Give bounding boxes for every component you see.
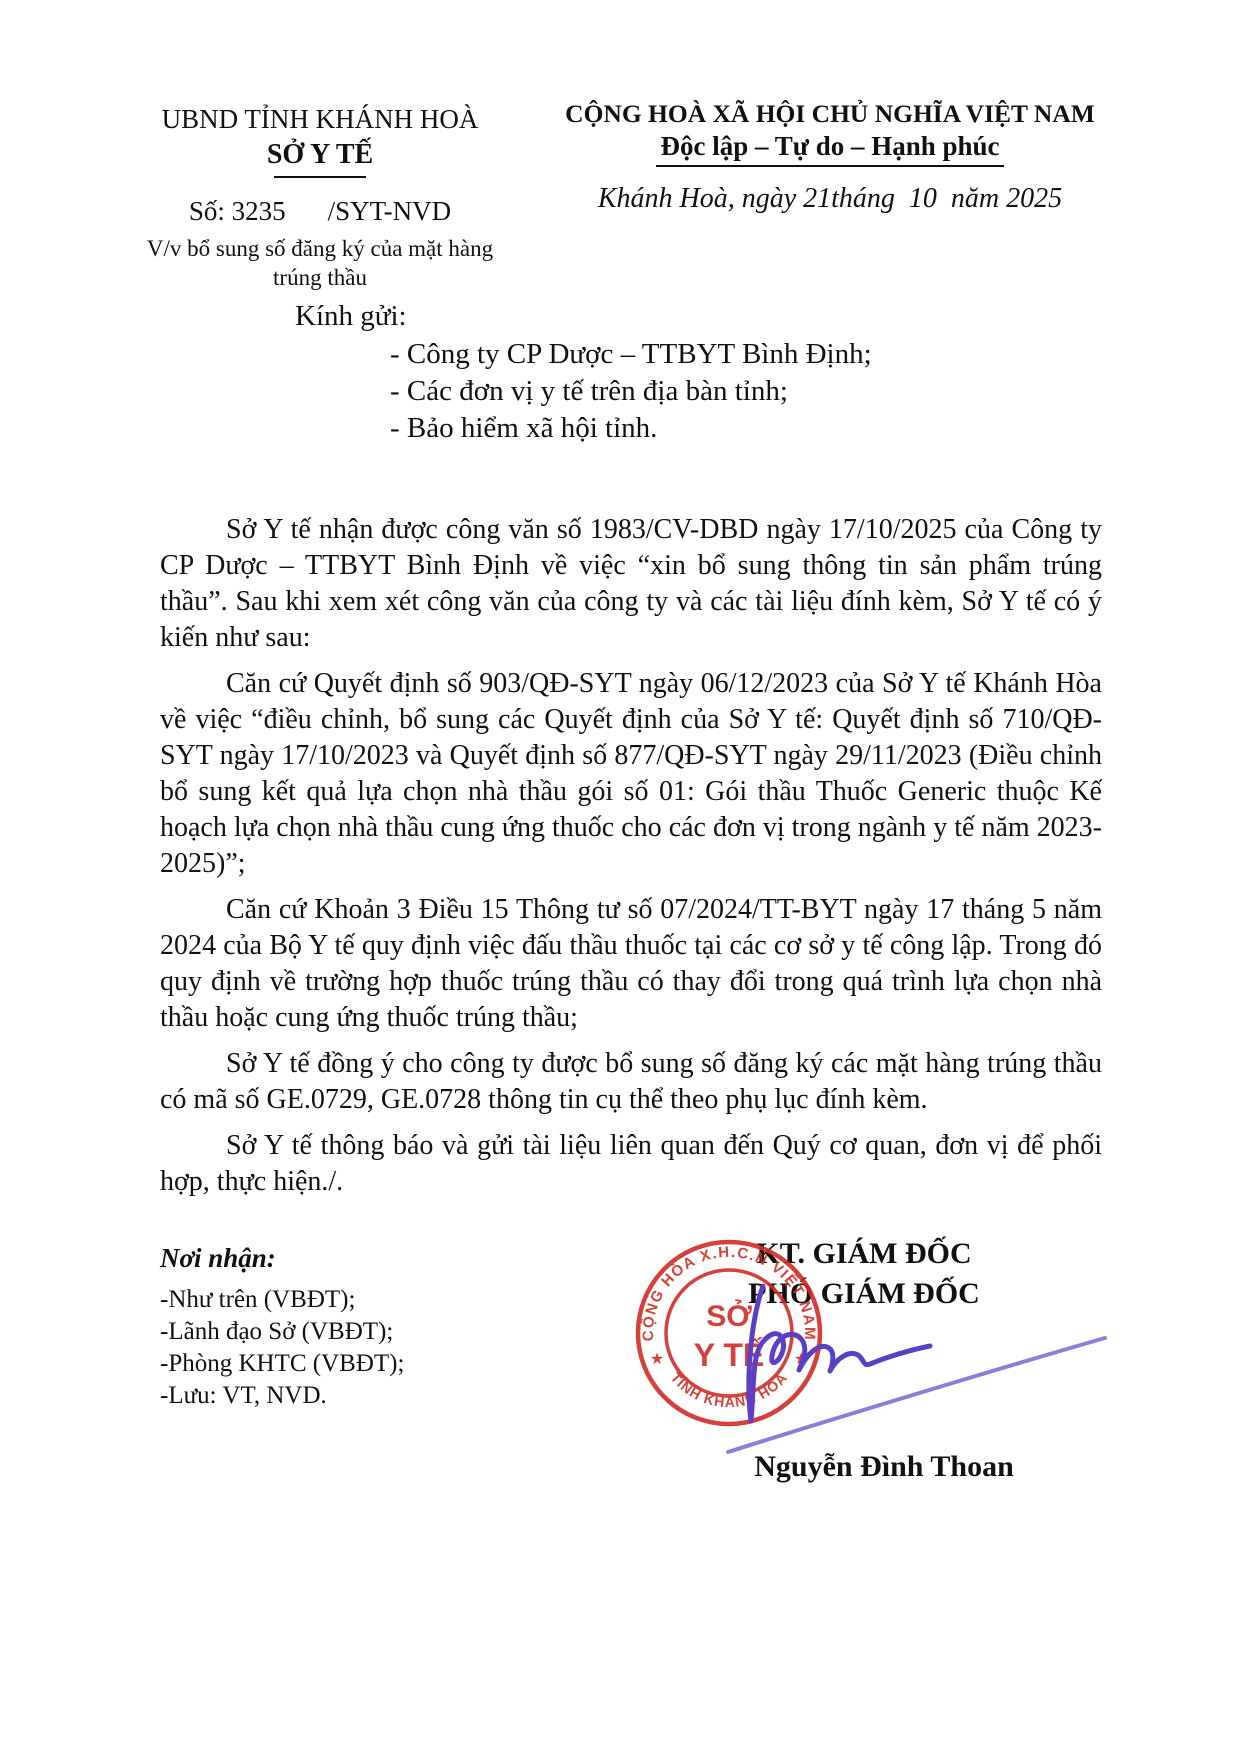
letter-body: Sở Y tế nhận được công văn số 1983/CV-DB… [160,512,1102,1210]
org-name: SỞ Y TẾ [140,138,500,172]
distribution-label: Nơi nhận: [160,1243,404,1274]
doc-subject-line1: V/v bổ sung số đăng ký của mặt hàng [140,234,500,263]
doc-number-value: 3235 [232,196,286,226]
handwritten-signature-icon [728,1286,1105,1452]
distribution-block: Nơi nhận: -Như trên (VBĐT); -Lãnh đạo Sở… [160,1243,404,1412]
recipient-item: - Công ty CP Dược – TTBYT Bình Định; [390,336,872,373]
header-national: CỘNG HOÀ XÃ HỘI CHỦ NGHĨA VIỆT NAM Độc l… [540,98,1120,215]
motto-line: Độc lập – Tự do – Hạnh phúc [656,130,1003,167]
distribution-item: -Như trên (VBĐT); [160,1284,404,1316]
doc-subject-line2: trúng thầu [140,263,500,292]
body-paragraph: Sở Y tế thông báo và gửi tài liệu liên q… [160,1128,1102,1200]
org-parent: UBND TỈNH KHÁNH HOÀ [140,102,500,136]
doc-number-label: Số: [189,196,225,226]
distribution-item: -Lãnh đạo Sở (VBĐT); [160,1316,404,1348]
date-line: Khánh Hoà, ngày 21tháng 10 năm 2025 [540,183,1120,215]
org-underline [274,176,366,178]
official-letter-page: UBND TỈNH KHÁNH HOÀ SỞ Y TẾ Số: 3235/SYT… [0,0,1241,1755]
salutation-label: Kính gửi: [295,300,407,333]
signature-block: KT. GIÁM ĐỐC PHÓ GIÁM ĐỐC CỘNG HÒA X.H.C… [600,1228,1180,1518]
doc-subject: V/v bổ sung số đăng ký của mặt hàng trún… [140,234,500,292]
distribution-item: -Phòng KHTC (VBĐT); [160,1348,404,1380]
svg-text:TỈNH KHÁNH HÒA: TỈNH KHÁNH HÒA [668,1369,791,1410]
body-paragraph: Căn cứ Quyết định số 903/QĐ-SYT ngày 06/… [160,666,1102,882]
body-paragraph: Sở Y tế đồng ý cho công ty được bổ sung … [160,1046,1102,1118]
signer-name: Nguyễn Đình Thoan [664,1450,1104,1484]
distribution-item: -Lưu: VT, NVD. [160,1380,404,1412]
stamp-arc-bottom-text: TỈNH KHÁNH HÒA [668,1369,791,1410]
body-paragraph: Căn cứ Khoản 3 Điều 15 Thông tư số 07/20… [160,892,1102,1036]
header-issuing-org: UBND TỈNH KHÁNH HOÀ SỞ Y TẾ Số: 3235/SYT… [140,102,500,292]
stamp-star-left-icon: ★ [650,1351,664,1368]
distribution-list: -Như trên (VBĐT); -Lãnh đạo Sở (VBĐT); -… [160,1284,404,1412]
stamp-center-line1: SỞ [706,1299,752,1333]
recipient-list: - Công ty CP Dược – TTBYT Bình Định; - C… [390,336,872,447]
recipient-item: - Bảo hiểm xã hội tỉnh. [390,410,872,447]
nation-line: CỘNG HOÀ XÃ HỘI CHỦ NGHĨA VIỆT NAM [540,98,1120,130]
body-paragraph: Sở Y tế nhận được công văn số 1983/CV-DB… [160,512,1102,656]
doc-number-line: Số: 3235/SYT-NVD [140,194,500,228]
recipient-item: - Các đơn vị y tế trên địa bàn tỉnh; [390,373,872,410]
doc-number-suffix: /SYT-NVD [328,196,452,226]
